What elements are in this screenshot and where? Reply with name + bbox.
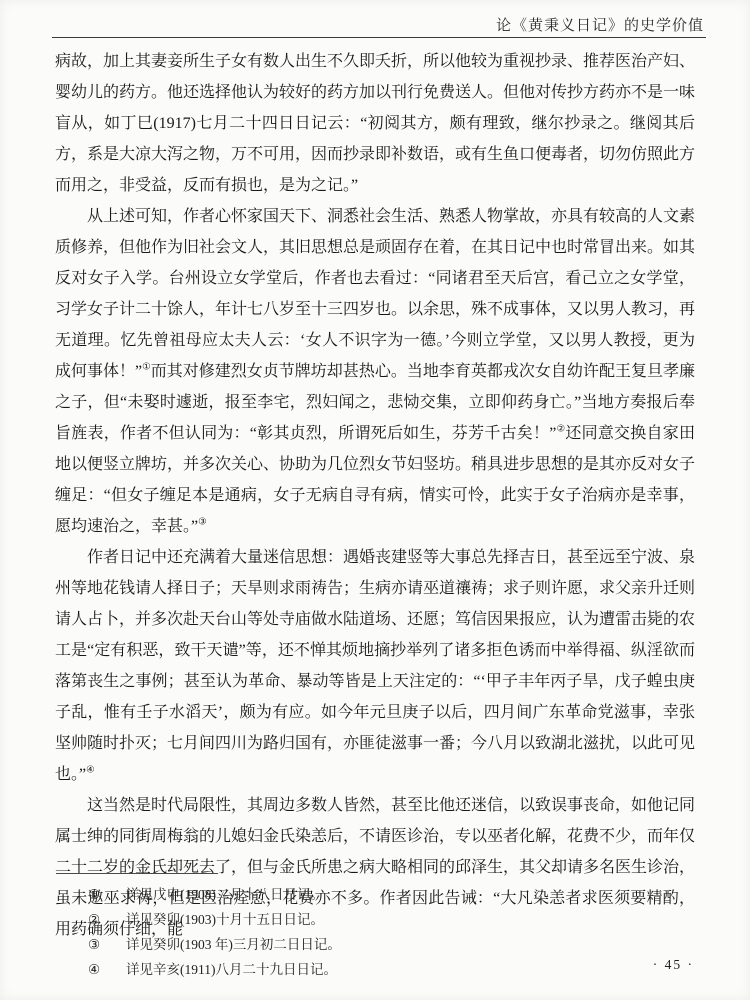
paragraph: 病故，加上其妻妾所生子女有数人出生不久即夭折，所以他较为重视抄录、推荐医治产妇、… (55, 46, 695, 201)
footnote-item: ②详见癸卯(1903)十月十五日日记。 (88, 907, 648, 932)
document-page: 论《黄秉义日记》的史学价值 病故，加上其妻妾所生子女有数人出生不久即夭折，所以他… (0, 0, 750, 1000)
footnote-ref: ③ (198, 518, 207, 528)
running-title: 论《黄秉义日记》的史学价值 (52, 14, 704, 35)
header-rule (52, 37, 706, 38)
footnote-marker: ④ (88, 957, 126, 982)
footnote-marker: ③ (88, 932, 126, 957)
footnote-list: ①详见戊申(1908)二月十八日日记。②详见癸卯(1903)十月十五日日记。③详… (88, 882, 648, 982)
footnote-item: ③详见癸卯(1903 年)三月初二日日记。 (88, 932, 648, 957)
footnote-text: 详见癸卯(1903)十月十五日日记。 (126, 907, 648, 932)
footnote-text: 详见戊申(1908)二月十八日日记。 (126, 882, 648, 907)
footnote-ref: ② (556, 425, 565, 435)
footnote-text: 详见癸卯(1903 年)三月初二日日记。 (126, 932, 648, 957)
page-number: · 45 · (653, 957, 694, 973)
footnote-marker: ② (88, 907, 126, 932)
footnote-item: ④详见辛亥(1911)八月二十九日日记。 (88, 957, 648, 982)
footnote-marker: ① (88, 882, 126, 907)
body-text: 病故，加上其妻妾所生子女有数人出生不久即夭折，所以他较为重视抄录、推荐医治产妇、… (55, 46, 695, 945)
footnote-ref: ④ (86, 766, 95, 776)
paragraph: 作者日记中还充满着大量迷信思想：遇婚丧建竖等大事总先择吉日，甚至远至宁波、泉州等… (55, 542, 695, 790)
footnote-text: 详见辛亥(1911)八月二十九日日记。 (126, 957, 648, 982)
footnote-item: ①详见戊申(1908)二月十八日日记。 (88, 882, 648, 907)
footnote-ref: ① (142, 363, 151, 373)
paragraph: 从上述可知，作者心怀家国天下、洞悉社会生活、熟悉人物掌故，亦具有较高的人文素质修… (55, 201, 695, 542)
footnote-separator-rule (56, 873, 218, 874)
